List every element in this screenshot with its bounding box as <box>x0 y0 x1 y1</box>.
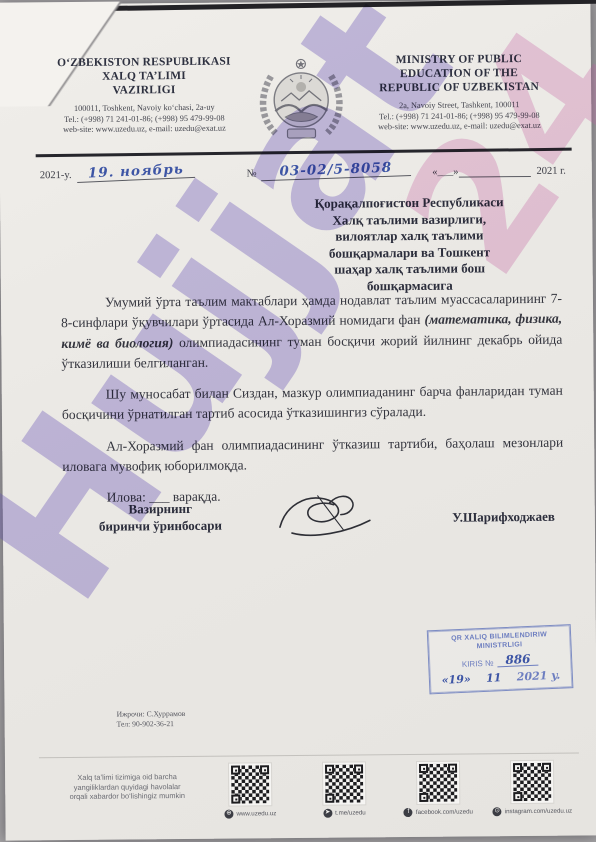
footer: Xalq ta’limi tizimiga oid barcha yangili… <box>51 761 579 821</box>
paragraph-2: Шу муносабат билан Сиздан, мазкур олимпи… <box>62 381 563 426</box>
qr-label: instagram.com/uzedu.uz <box>505 808 572 816</box>
letterhead-divider <box>36 148 572 158</box>
executor-phone: Тел: 90-902-36-21 <box>117 718 186 728</box>
telegram-icon: ➤ <box>323 809 332 818</box>
qr-telegram: ➤t.me/uzedu <box>297 762 391 818</box>
addressee-block: Қорақалпоғистон Республикаси Халқ таълим… <box>256 194 563 296</box>
qr-facebook: ffacebook.com/uzedu <box>391 761 485 817</box>
qr-label: www.uzedu.uz <box>236 810 276 817</box>
stamp-entry-number: 886 <box>497 654 539 668</box>
blank-date-line <box>458 166 530 178</box>
registration-stamp: QR XALIQ BILIMLENDIRIW MINISTRLIGI KIRIS… <box>427 624 574 694</box>
signature-block: Вазирнинг биринчи ўринбосари У.Шарифходж… <box>63 497 555 552</box>
letter-body: Умумий ўрта таълим мактаблари ҳамда нода… <box>61 289 564 509</box>
stamp-year: 2021 y. <box>516 669 560 684</box>
letterhead-uzbek: O‘ZBEKISTON RESPUBLIKASI XALQ TA’LIMI VA… <box>35 54 254 135</box>
paragraph-3: Ал-Хоразмий фан олимпиадасининг ўтказиш … <box>62 432 563 477</box>
stamp-entry-label: KIRIS № <box>462 659 494 669</box>
qr-label: t.me/uzedu <box>335 809 366 816</box>
org-name-en-line3: REPUBLIC OF UZBEKISTAN <box>349 80 569 96</box>
date-and-number-line: 2021-y. 19. ноябрь № 03-02/5-8058 «___» … <box>40 160 566 182</box>
org-name-uz-line1: O‘ZBEKISTON RESPUBLIKASI <box>35 54 253 70</box>
executor-name: Ижрочи: С.Хуррамов <box>117 709 186 719</box>
footer-note: Xalq ta’limi tizimiga oid barcha yangili… <box>51 764 203 802</box>
qr-code <box>323 762 365 804</box>
facebook-icon: f <box>404 808 413 817</box>
stamp-month: 11 <box>486 671 502 685</box>
handwritten-signature <box>272 490 381 550</box>
right-year-label: 2021 г. <box>536 166 565 177</box>
letter-year-label: 2021-y. <box>40 170 72 181</box>
executor-note: Ижрочи: С.Хуррамов Тел: 90-902-36-21 <box>117 709 186 729</box>
handwritten-date: 19. ноябрь <box>76 161 195 183</box>
org-name-uz-line3: VAZIRLIGI <box>35 82 253 98</box>
blank-day-quotes: «___» <box>432 167 458 178</box>
handwritten-letter-number: 03-02/5-8058 <box>260 159 411 181</box>
instagram-icon: ⊙ <box>493 807 502 816</box>
uzbekistan-coat-of-arms-icon <box>253 54 350 145</box>
qr-code <box>511 761 553 803</box>
org-website-en: web-site: www.uzedu.uz, e-mail: uzedu@ex… <box>349 121 569 133</box>
qr-label: facebook.com/uzedu <box>416 808 473 815</box>
qr-website: ⊕www.uzedu.uz <box>203 763 297 819</box>
qr-code <box>229 763 271 805</box>
stamp-day: «19» <box>441 673 471 687</box>
globe-icon: ⊕ <box>224 810 233 819</box>
qr-code <box>417 762 459 804</box>
signer-title-line1: Вазирнинг <box>63 499 258 518</box>
qr-instagram: ⊙instagram.com/uzedu.uz <box>485 761 579 817</box>
signer-title-line2: биринчи ўринбосари <box>63 516 258 535</box>
org-website-uz: web-site: www.uzedu.uz, e-mail: uzedu@ex… <box>35 123 253 135</box>
letterhead-english: MINISTRY OF PUBLIC EDUCATION OF THE REPU… <box>349 52 570 133</box>
paragraph-1: Умумий ўрта таълим мактаблари ҳамда нода… <box>61 289 563 375</box>
letterhead: O‘ZBEKISTON RESPUBLIKASI XALQ TA’LIMI VA… <box>35 52 570 147</box>
scanned-letter-page: O‘ZBEKISTON RESPUBLIKASI XALQ TA’LIMI VA… <box>0 0 596 841</box>
number-sign: № <box>247 168 257 179</box>
footer-divider <box>39 753 579 759</box>
signer-name: У.Шарифходжаев <box>452 509 555 526</box>
